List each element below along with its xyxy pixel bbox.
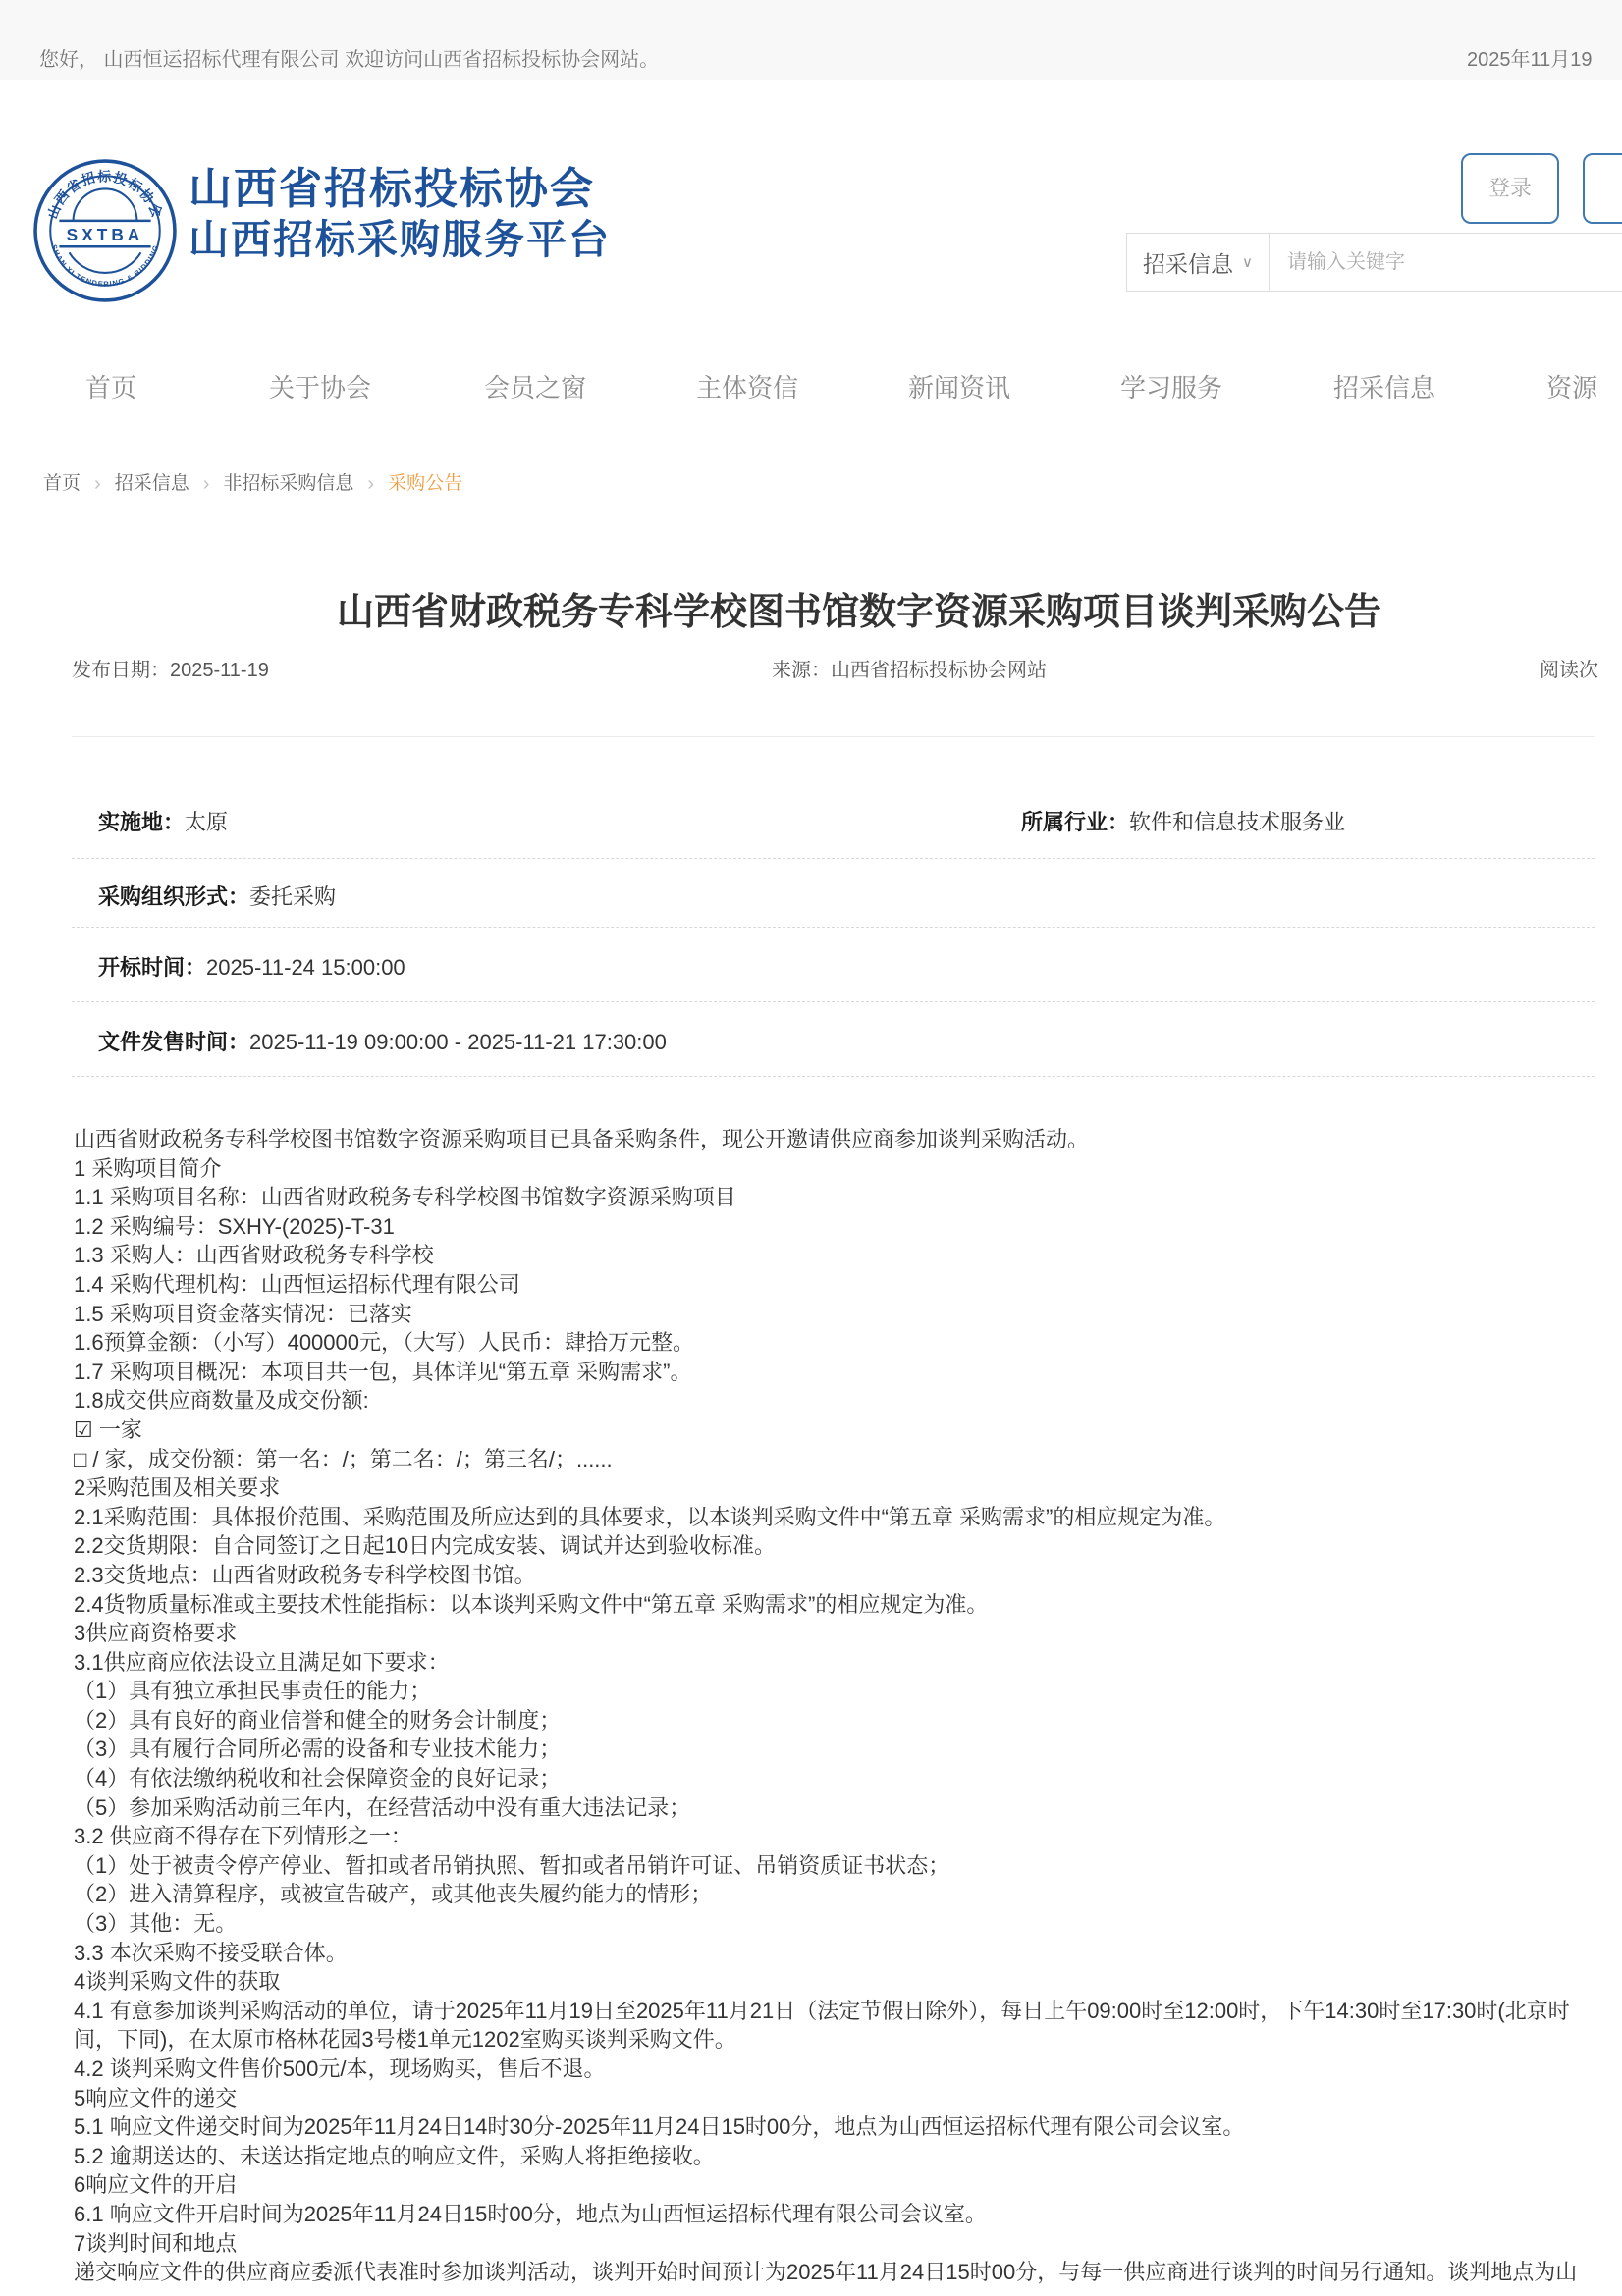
body-line: 3.3 本次采购不接受联合体。 xyxy=(74,1939,1622,1968)
body-line: 山西省财政税务专科学校图书馆数字资源采购项目已具备采购条件，现公开邀请供应商参加… xyxy=(74,1125,1622,1154)
body-line: 4谈判采购文件的获取 xyxy=(74,1967,1622,1997)
logo-acronym: SXTBA xyxy=(67,225,144,244)
field-industry: 所属行业：软件和信息技术服务业 xyxy=(1021,806,1345,836)
nav-item-procurement-info[interactable]: 招采信息 xyxy=(1333,373,1435,402)
article-title: 山西省财政税务专科学校图书馆数字资源采购项目谈判采购公告 xyxy=(74,581,1622,635)
nav-item-news[interactable]: 新闻资讯 xyxy=(908,373,1010,402)
search-input[interactable] xyxy=(1270,234,1622,291)
page: 您好， 山西恒运招标代理有限公司 欢迎访问山西省招标投标协会网站。 2025年1… xyxy=(0,0,1622,2296)
location-value: 太原 xyxy=(185,810,228,834)
location-label: 实施地： xyxy=(98,810,185,834)
summary-fields: 实施地：太原 所属行业：软件和信息技术服务业 采购组织形式：委托采购 开标时间：… xyxy=(72,736,1595,1077)
body-line: （5）参加采购活动前三年内，在经营活动中没有重大违法记录； xyxy=(74,1793,1622,1823)
login-button[interactable]: 登录 xyxy=(1461,153,1559,224)
top-bar: 您好， 山西恒运招标代理有限公司 欢迎访问山西省招标投标协会网站。 2025年1… xyxy=(0,0,1622,80)
body-line: （1）具有独立承担民事责任的能力； xyxy=(74,1677,1622,1706)
article-body: 山西省财政税务专科学校图书馆数字资源采购项目已具备采购条件，现公开邀请供应商参加… xyxy=(74,1125,1622,2287)
body-line: 3供应商资格要求 xyxy=(74,1619,1622,1648)
body-line: 2.4货物质量标准或主要技术性能指标：以本谈判采购文件中“第五章 采购需求”的相… xyxy=(74,1590,1622,1620)
body-line: 2.2交货期限：自合同签订之日起10日内完成安装、调试并达到验收标准。 xyxy=(74,1531,1622,1561)
logo-ring-bottom-text: SHAN XI TENDERING & BIDDING xyxy=(49,243,160,289)
open-time-label: 开标时间： xyxy=(98,955,206,980)
field-row-open-time: 开标时间：2025-11-24 15:00:00 xyxy=(72,928,1595,1002)
body-line: （4）有依法缴纳税收和社会保障资金的良好记录； xyxy=(74,1764,1622,1793)
breadcrumb-home[interactable]: 首页 xyxy=(43,471,81,497)
nav-item-credit[interactable]: 主体资信 xyxy=(696,373,798,402)
body-line: 1.2 采购编号：SXHY-(2025)-T-31 xyxy=(74,1212,1622,1242)
breadcrumb: 首页 › 招采信息 › 非招标采购信息 › 采购公告 xyxy=(43,471,462,497)
publish-date: 发布日期：2025-11-19 xyxy=(72,654,269,682)
org-form-value: 委托采购 xyxy=(249,884,336,909)
body-line: 1.1 采购项目名称：山西省财政税务专科学校图书馆数字资源采购项目 xyxy=(74,1183,1622,1212)
nav-item-members[interactable]: 会员之窗 xyxy=(484,373,586,402)
breadcrumb-separator-icon: › xyxy=(367,471,374,497)
body-line: 4.2 谈判采购文件售价500元/本，现场购买，售后不退。 xyxy=(74,2055,1622,2084)
body-line: 1.6预算金额：（小写）400000元，（大写）人民币：肆拾万元整。 xyxy=(74,1328,1622,1358)
association-logo-badge[interactable]: 山西省招标投标协会 SHAN XI TENDERING & BIDDING SX… xyxy=(31,157,179,304)
open-time-value: 2025-11-24 15:00:00 xyxy=(206,955,405,980)
body-line: 5.1 响应文件递交时间为2025年11月24日14时30分-2025年11月2… xyxy=(74,2112,1622,2142)
register-button-partial[interactable] xyxy=(1583,153,1622,224)
body-line: （1）处于被责令停产停业、暂扣或者吊销执照、暂扣或者吊销许可证、吊销资质证书状态… xyxy=(74,1851,1622,1881)
body-line: 递交响应文件的供应商应委派代表准时参加谈判活动，谈判开始时间预计为2025年11… xyxy=(74,2258,1622,2287)
body-line: 3.2 供应商不得存在下列情形之一： xyxy=(74,1822,1622,1851)
breadcrumb-procurement-info[interactable]: 招采信息 xyxy=(115,471,189,497)
logo-bottom-arc xyxy=(70,252,141,273)
body-line: 5.2 逾期送达的、未送达指定地点的响应文件，采购人将拒绝接收。 xyxy=(74,2142,1622,2171)
body-line: □ / 家，成交份额：第一名：/；第二名：/；第三名/；...... xyxy=(74,1445,1622,1474)
body-line: 3.1供应商应依法设立且满足如下要求： xyxy=(74,1648,1622,1678)
body-line: 1.4 采购代理机构：山西恒运招标代理有限公司 xyxy=(74,1270,1622,1300)
body-line: （2）进入清算程序，或被宣告破产，或其他丧失履约能力的情形； xyxy=(74,1880,1622,1909)
body-line: 4.1 有意参加谈判采购活动的单位，请于2025年11月19日至2025年11月… xyxy=(74,1997,1622,2026)
field-row-location: 实施地：太原 所属行业：软件和信息技术服务业 xyxy=(72,737,1595,859)
site-header: 山西省招标投标协会 SHAN XI TENDERING & BIDDING SX… xyxy=(0,80,1622,339)
field-row-org-form: 采购组织形式：委托采购 xyxy=(72,859,1595,928)
search-category-select[interactable]: 招采信息 ∨ xyxy=(1127,234,1270,291)
body-line: 1.5 采购项目资金落实情况：已落实 xyxy=(74,1300,1622,1329)
body-line: 2.3交货地点：山西省财政税务专科学校图书馆。 xyxy=(74,1561,1622,1590)
site-title-line1: 山西省招标投标协会 xyxy=(189,165,611,214)
main-nav: 首页 关于协会 会员之窗 主体资信 新闻资讯 学习服务 招采信息 资源 xyxy=(0,339,1622,427)
doc-sale-label: 文件发售时间： xyxy=(98,1030,249,1054)
welcome-text: 您好， 山西恒运招标代理有限公司 欢迎访问山西省招标投标协会网站。 xyxy=(39,43,659,72)
industry-value: 软件和信息技术服务业 xyxy=(1129,810,1345,834)
body-line: 1 采购项目简介 xyxy=(74,1154,1622,1184)
site-title: 山西省招标投标协会 山西招标采购服务平台 xyxy=(189,165,611,263)
body-line: 1.8成交供应商数量及成交份额: xyxy=(74,1386,1622,1415)
doc-sale-value: 2025-11-19 09:00:00 - 2025-11-21 17:30:0… xyxy=(249,1030,667,1054)
body-line: 1.3 采购人：山西省财政税务专科学校 xyxy=(74,1241,1622,1270)
views-count: 阅读次 xyxy=(1540,654,1598,682)
current-date: 2025年11月19 xyxy=(1467,43,1593,72)
body-line: 6响应文件的开启 xyxy=(74,2170,1622,2200)
body-line: 7谈判时间和地点 xyxy=(74,2229,1622,2259)
field-row-doc-sale-time: 文件发售时间：2025-11-19 09:00:00 - 2025-11-21 … xyxy=(72,1002,1595,1077)
body-line: 2采购范围及相关要求 xyxy=(74,1473,1622,1503)
search-bar: 招采信息 ∨ xyxy=(1126,233,1622,292)
nav-item-learning[interactable]: 学习服务 xyxy=(1120,373,1222,402)
body-line: （2）具有良好的商业信誉和健全的财务会计制度； xyxy=(74,1706,1622,1735)
body-line: （3）其他：无。 xyxy=(74,1909,1622,1939)
body-line: 2.1采购范围：具体报价范围、采购范围及所应达到的具体要求，以本谈判采购文件中“… xyxy=(74,1503,1622,1532)
body-line: 间，下同)，在太原市格林花园3号楼1单元1202室购买谈判采购文件。 xyxy=(74,2025,1622,2055)
breadcrumb-non-tender-info[interactable]: 非招标采购信息 xyxy=(223,471,353,497)
nav-item-about[interactable]: 关于协会 xyxy=(269,373,371,402)
body-line: （3）具有履行合同所必需的设备和专业技术能力； xyxy=(74,1735,1622,1764)
breadcrumb-separator-icon: › xyxy=(94,471,101,497)
source-label: 来源：山西省招标投标协会网站 xyxy=(772,654,1047,682)
body-line: 6.1 响应文件开启时间为2025年11月24日15时00分，地点为山西恒运招标… xyxy=(74,2200,1622,2229)
chevron-down-icon: ∨ xyxy=(1242,253,1253,271)
logo-dome-shape xyxy=(74,188,137,220)
site-title-line2: 山西招标采购服务平台 xyxy=(189,216,611,263)
body-line: 5响应文件的递交 xyxy=(74,2084,1622,2113)
body-line: 1.7 采购项目概况：本项目共一包，具体详见“第五章 采购需求”。 xyxy=(74,1358,1622,1387)
breadcrumb-separator-icon: › xyxy=(203,471,210,497)
nav-item-home[interactable]: 首页 xyxy=(85,373,136,402)
org-form-label: 采购组织形式： xyxy=(98,884,249,909)
body-line: ☑ 一家 xyxy=(74,1415,1622,1445)
breadcrumb-current-procurement-notice: 采购公告 xyxy=(388,471,462,497)
nav-item-resources[interactable]: 资源 xyxy=(1546,373,1597,402)
industry-label: 所属行业： xyxy=(1021,810,1129,834)
search-category-label: 招采信息 xyxy=(1143,246,1233,279)
